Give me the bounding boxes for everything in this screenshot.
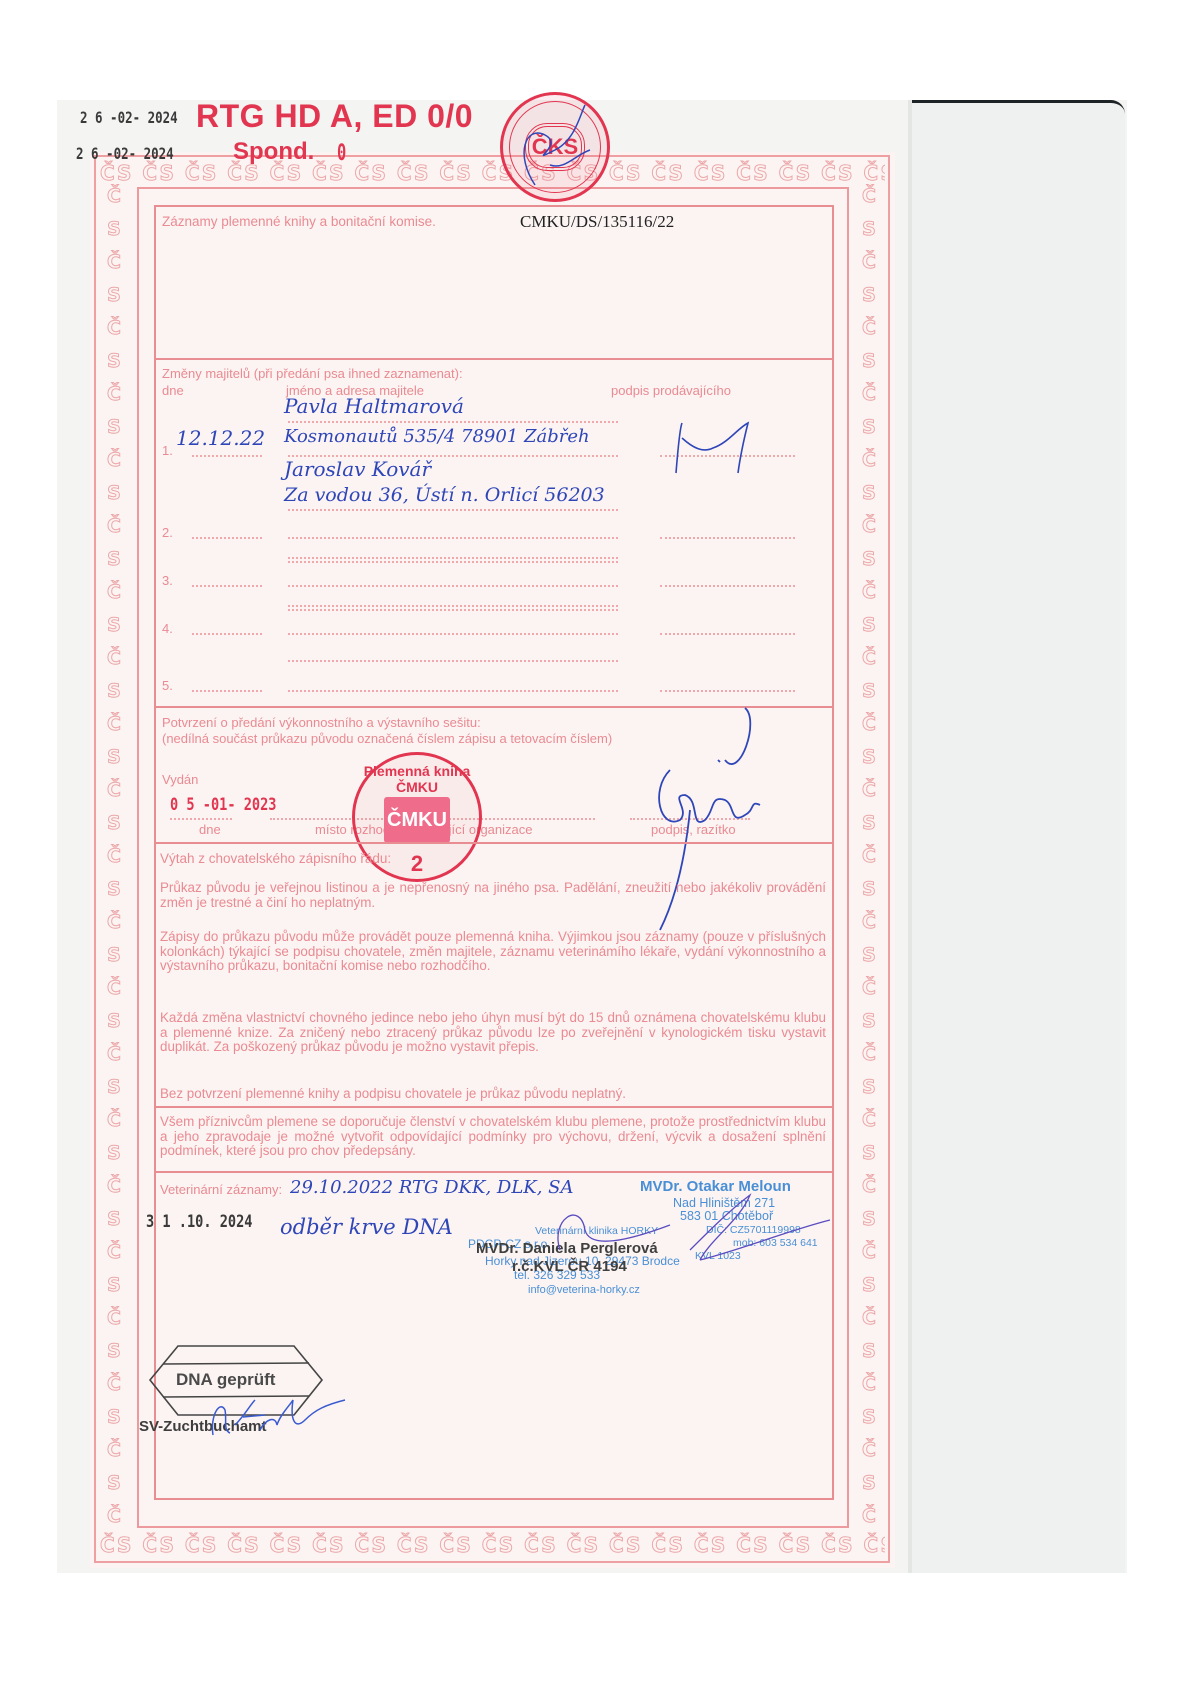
dna-stamp-signature xyxy=(205,1395,355,1445)
vet-records-label: Veterinární záznamy: xyxy=(160,1182,282,1197)
date-stamp-1: 2 6 -02- 2024 xyxy=(80,108,178,127)
owner-1-date: 12.12.22 xyxy=(176,426,265,450)
spond-stamp-label: Spond. xyxy=(233,138,314,166)
dotline-date xyxy=(192,537,262,539)
ornament-border-bottom: ČS ČS ČS ČS ČS ČS ČS ČS ČS ČS ČS ČS ČS Č… xyxy=(100,1530,885,1560)
issue-title-line1: Potvrzení o předání výkonnostního a výst… xyxy=(162,715,481,730)
issuer-signature xyxy=(630,700,780,950)
dotline-name xyxy=(288,690,618,692)
dotline-name xyxy=(288,633,618,635)
owner-2-address: Za vodou 36, Ústí n. Orlicí 56203 xyxy=(284,484,605,506)
dotline-date xyxy=(192,690,262,692)
dna-checked-label: DNA geprüft xyxy=(176,1370,275,1390)
vet-stamp-clinic-email: info@veterina-horky.cz xyxy=(528,1284,640,1297)
spond-stamp-value: 0 xyxy=(337,141,346,166)
dotline-signature xyxy=(660,690,795,692)
issue-title-line2: (nedílná součást průkazu původu označená… xyxy=(162,731,612,746)
vet-signatures xyxy=(540,1190,840,1280)
owner-1-seller-signature xyxy=(668,418,758,478)
rtg-result-stamp: RTG HD A, ED 0/0 xyxy=(196,98,473,135)
dotline-date xyxy=(192,585,262,587)
records-section-title: Záznamy plemenné knihy a bonitační komis… xyxy=(162,214,838,229)
dotline-address xyxy=(288,609,618,611)
signature-club-stamp xyxy=(505,95,605,195)
reference-number: CMKU/DS/135116/22 xyxy=(520,212,674,232)
vet-entry-2-text: odběr krve DNA xyxy=(280,1215,453,1239)
club-recommendation: Všem příznivcům plemene se doporučuje čl… xyxy=(160,1115,826,1159)
owner-row-number: 3. xyxy=(162,573,173,588)
dotline-name-upper xyxy=(288,509,618,511)
dotline-name-upper xyxy=(288,605,618,607)
dotline-date xyxy=(192,633,262,635)
facing-page xyxy=(912,100,1125,1573)
rules-paragraph-4: Bez potvrzení plemenné knihy a podpisu c… xyxy=(160,1087,826,1102)
owner-row-number: 5. xyxy=(162,678,173,693)
divider-rules xyxy=(156,842,832,844)
rules-title: Výtah z chovatelského zápisního řádu: xyxy=(160,851,391,866)
dotline-address xyxy=(288,660,618,662)
divider-owners xyxy=(156,358,832,360)
owner-2-name: Jaroslav Kovář xyxy=(284,457,431,481)
date-stamp-2: 2 6 -02- 2024 xyxy=(76,144,174,163)
owner-1-name: Pavla Haltmarová xyxy=(284,394,464,418)
dotline-name-upper xyxy=(288,557,618,559)
owner-row-number: 4. xyxy=(162,621,173,636)
owner-row-number: 1. xyxy=(162,443,173,458)
rules-paragraph-2: Zápisy do průkazu původu může provádět p… xyxy=(160,930,826,974)
issued-date-stamp: 0 5 -01- 2023 xyxy=(170,795,276,815)
ornament-border-top: ČS ČS ČS ČS ČS ČS ČS ČS ČS ČS ČS ČS ČS Č… xyxy=(100,158,885,188)
vet-entry-1: 29.10.2022 RTG DKK, DLK, SA xyxy=(290,1177,574,1198)
divider-vet xyxy=(156,1171,832,1173)
issue-col-date: dne xyxy=(199,822,221,837)
cmku-logo-icon: ČMKU xyxy=(384,797,450,843)
issued-label: Vydán xyxy=(162,772,198,787)
owners-section-title: Změny majitelů (při předání psa ihned za… xyxy=(162,366,463,381)
owners-col-date: dne xyxy=(162,383,184,398)
owner-row-number: 2. xyxy=(162,525,173,540)
owner-1-address: Kosmonautů 535/4 78901 Zábřeh xyxy=(284,426,590,447)
dotline-signature xyxy=(660,585,795,587)
dotline-address xyxy=(288,561,618,563)
stamp-ring-text: Plemenná kniha ČMKU xyxy=(355,763,479,795)
dotline-signature xyxy=(660,633,795,635)
ornament-border-left: ČSČSČSČSČSČSČSČSČSČSČSČSČSČSČSČSČSČSČSČS… xyxy=(100,180,130,1535)
dotline-date xyxy=(192,455,262,457)
owners-col-signature: podpis prodávajícího xyxy=(611,383,731,398)
ornament-border-right: ČSČSČSČSČSČSČSČSČSČSČSČSČSČSČSČSČSČSČSČS… xyxy=(855,180,885,1535)
divider-club xyxy=(156,1106,832,1108)
rules-paragraph-1: Průkaz původu je veřejnou listinou a je … xyxy=(160,881,826,910)
dotline-issue-date xyxy=(170,818,232,820)
dotline-name xyxy=(288,585,618,587)
dotline-name xyxy=(288,537,618,539)
vet-entry-2-date-stamp: 3 1 .10. 2024 xyxy=(146,1212,252,1232)
dotline-name-upper xyxy=(288,421,618,423)
dotline-signature xyxy=(660,537,795,539)
rules-paragraph-3: Každá změna vlastnictví chovného jedince… xyxy=(160,1011,826,1055)
